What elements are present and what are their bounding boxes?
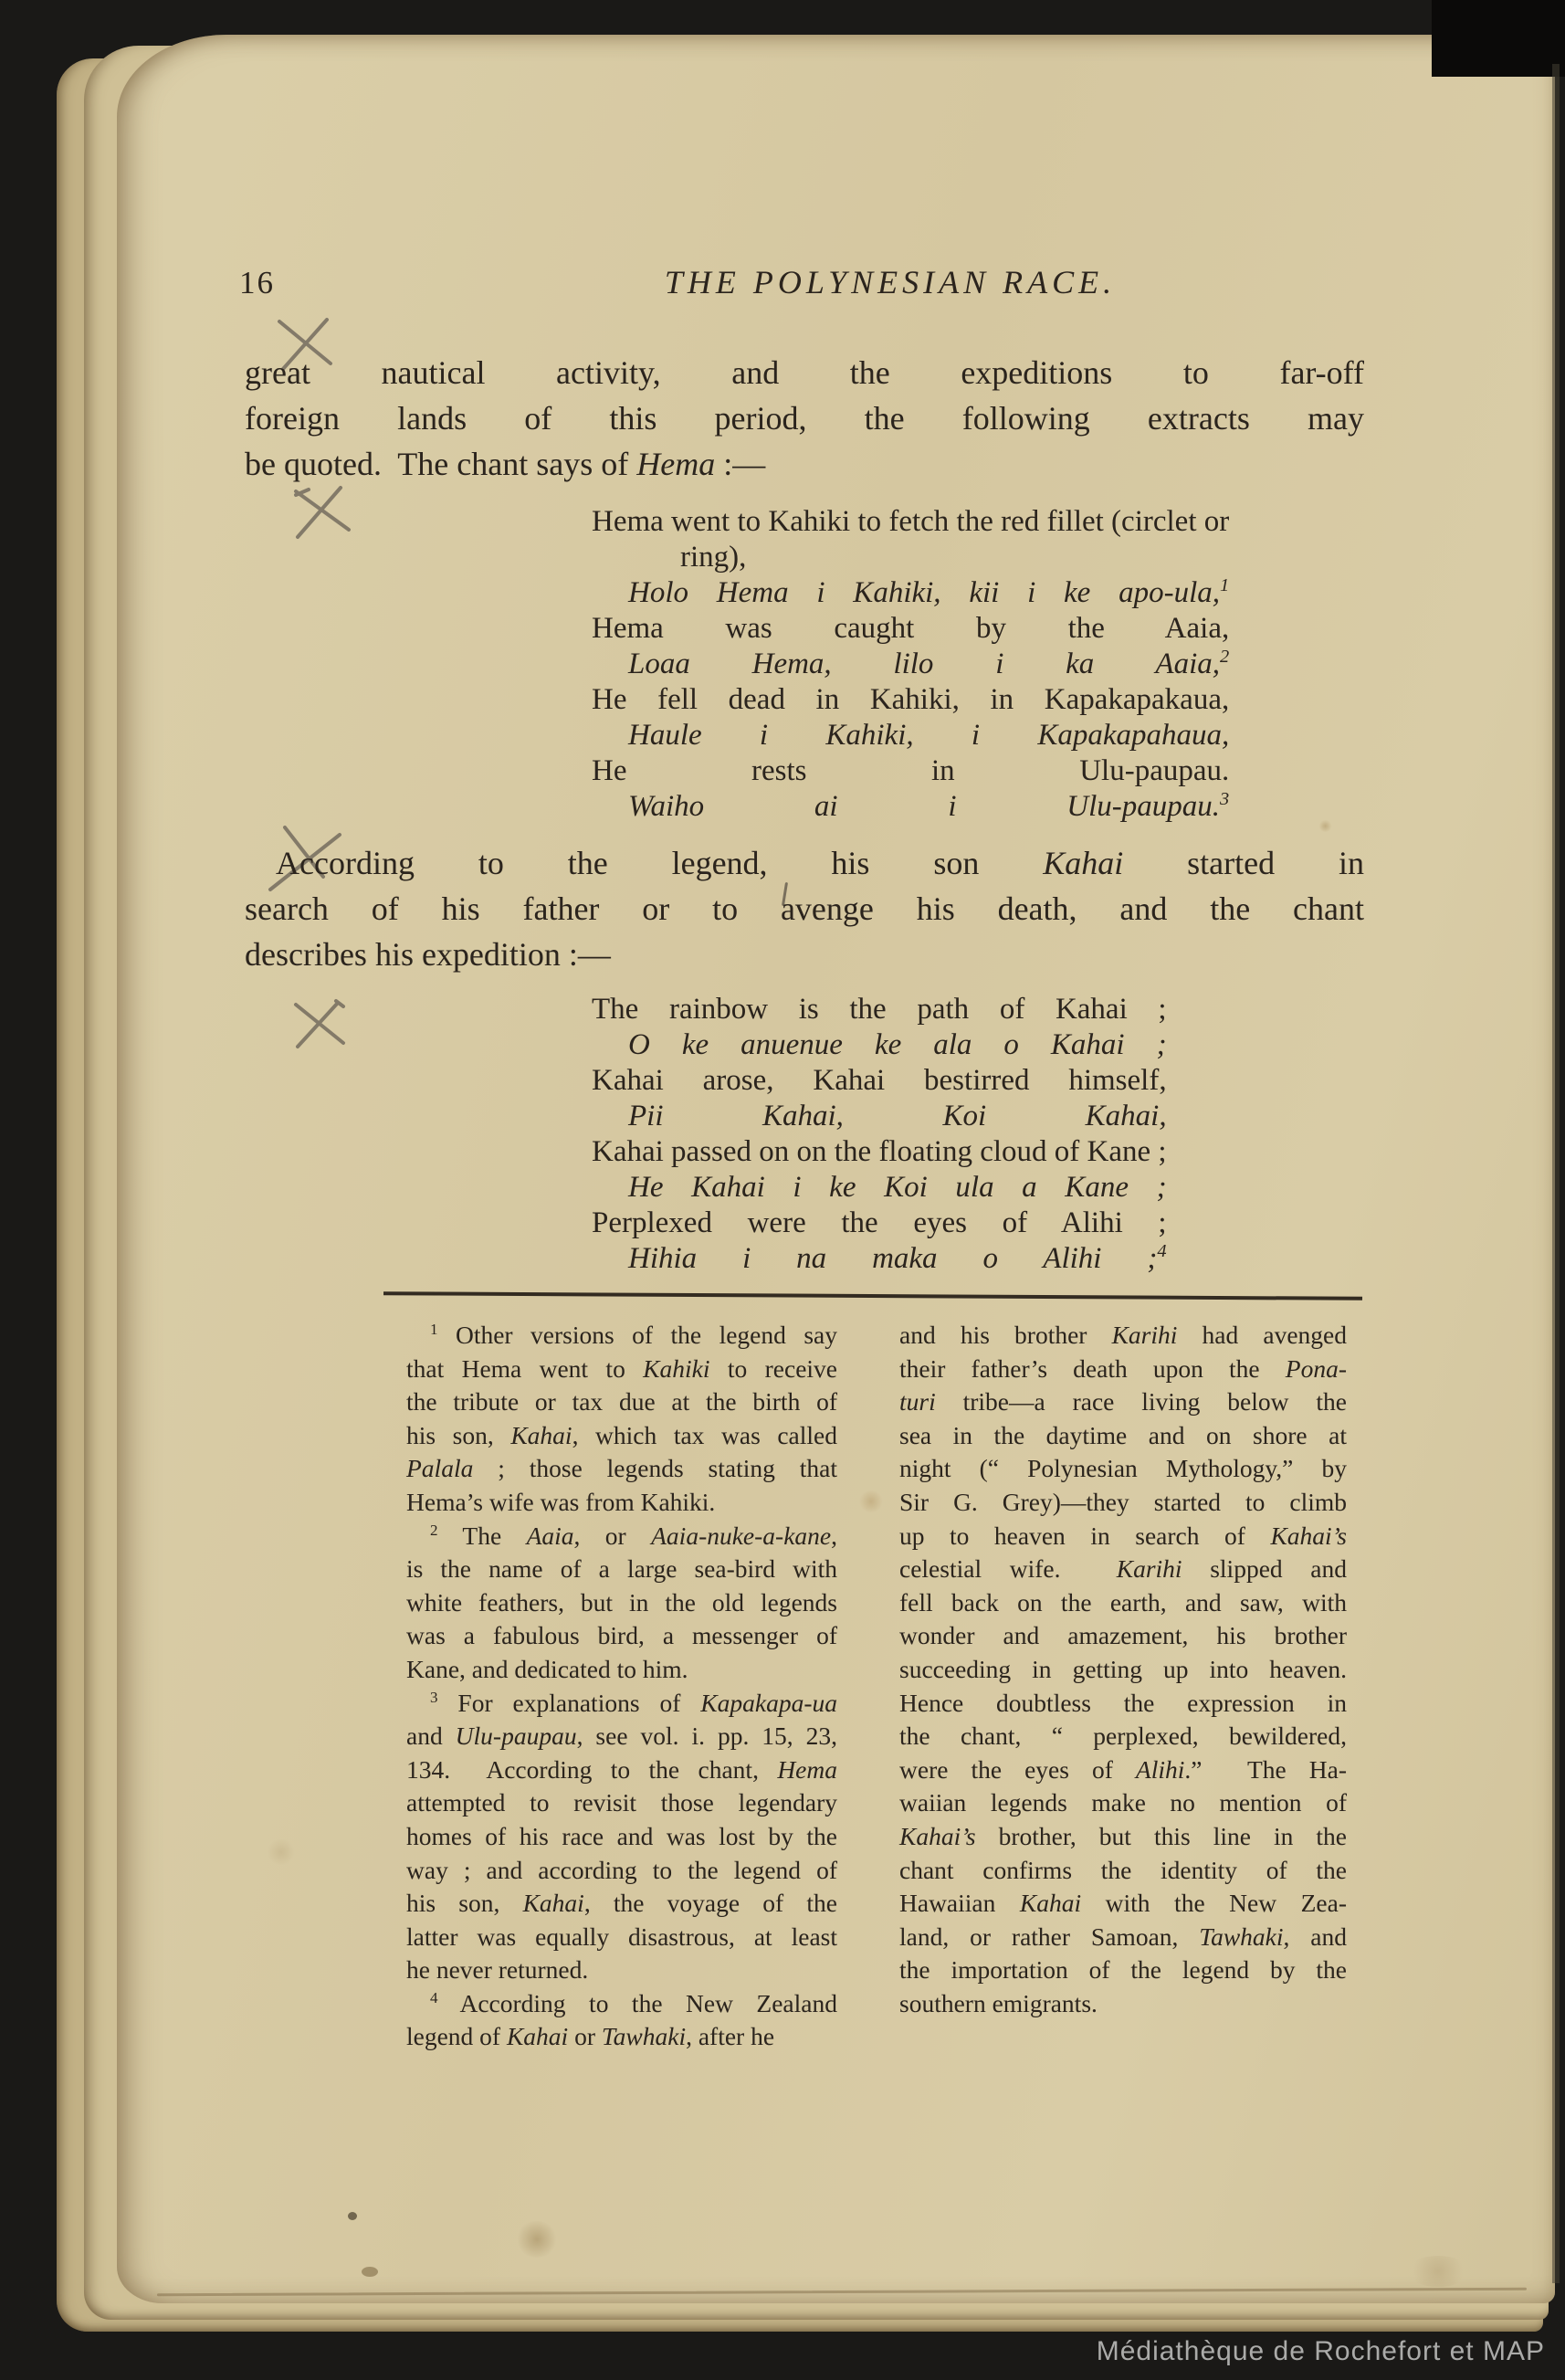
text-line: 1 Other versions of the legend say: [406, 1319, 837, 1353]
text-line: Kahai’s brother, but this line in the: [899, 1820, 1347, 1854]
text-line: were the eyes of Alihi.” The Ha-: [899, 1753, 1347, 1787]
text-line: celestial wife. Karihi slipped and: [899, 1553, 1347, 1586]
text-line: 134. According to the chant, Hema: [406, 1753, 837, 1787]
text-line: He rests in Ulu-paupau.: [592, 753, 1229, 789]
running-header: THE POLYNESIAN RACE.: [571, 263, 1210, 301]
text-line: land, or rather Samoan, Tawhaki, and: [899, 1921, 1347, 1954]
text-line: latter was equally disastrous, at least: [406, 1921, 837, 1954]
text-line: turi tribe—a race living below the: [899, 1385, 1347, 1419]
text-line: Holo Hema i Kahiki, kii i ke apo-ula,1: [628, 575, 1229, 611]
text-line: way ; and according to the legend of: [406, 1854, 837, 1888]
text-line: Pii Kahai, Koi Kahai,: [628, 1099, 1167, 1134]
chant-block-1: Hema went to Kahiki to fetch the red fil…: [592, 504, 1229, 825]
text-line: foreign lands of this period, the follow…: [245, 395, 1364, 441]
library-watermark: Médiathèque de Rochefort et MAP: [1097, 2336, 1545, 2367]
text-line: night (“ Polynesian Mythology,” by: [899, 1452, 1347, 1486]
text-line: Hence doubtless the expression in: [899, 1687, 1347, 1721]
text-line: 2 The Aaia, or Aaia-nuke-a-kane,: [406, 1520, 837, 1553]
stain: [362, 2267, 378, 2277]
text-line: Haule i Kahiki, i Kapakapahaua,: [628, 718, 1229, 753]
body-paragraph-1: great nautical activity, and the expedit…: [245, 350, 1364, 487]
text-line: waiian legends make no mention of: [899, 1786, 1347, 1820]
pencil-x-mark: [290, 997, 349, 1052]
text-line: 4 According to the New Zealand: [406, 1987, 837, 2021]
text-line: he never returned.: [406, 1953, 837, 1987]
text-line: search of his father or to avenge his de…: [245, 886, 1364, 932]
text-line: and his brother Karihi had avenged: [899, 1319, 1347, 1353]
text-line: was a fabulous bird, a messenger of: [406, 1619, 837, 1653]
text-line: sea in the daytime and on shore at: [899, 1419, 1347, 1453]
text-line: O ke anuenue ke ala o Kahai ;: [628, 1027, 1167, 1063]
text-line: is the name of a large sea-bird with: [406, 1553, 837, 1586]
text-line: the chant, “ perplexed, bewildered,: [899, 1720, 1347, 1753]
text-line: the tribute or tax due at the birth of: [406, 1385, 837, 1419]
text-line: Kahai arose, Kahai bestirred himself,: [592, 1063, 1167, 1099]
book-scan: 16 THE POLYNESIAN RACE. great nautical a…: [0, 0, 1565, 2380]
text-line: Sir G. Grey)—they started to climb: [899, 1486, 1347, 1520]
text-line: his son, Kahai, the voyage of the: [406, 1887, 837, 1921]
text-line: Hema went to Kahiki to fetch the red fil…: [592, 504, 1229, 540]
text-line: Perplexed were the eyes of Alihi ;: [592, 1206, 1167, 1241]
text-line: 3 For explanations of Kapakapa-ua: [406, 1687, 837, 1721]
scanner-frame-notch: [1432, 0, 1565, 77]
text-line: attempted to revisit those legendary: [406, 1786, 837, 1820]
text-line: Waiho ai i Ulu-paupau.3: [628, 789, 1229, 825]
footnotes-right-column: and his brother Karihi had avengedtheir …: [899, 1319, 1347, 2020]
text-line: According to the legend, his son Kahai s…: [245, 840, 1364, 886]
chant-block-2: The rainbow is the path of Kahai ;O ke a…: [592, 992, 1167, 1277]
text-line: white feathers, but in the old legends: [406, 1586, 837, 1620]
stain: [1318, 820, 1332, 832]
stain: [516, 2221, 558, 2258]
text-line: be quoted. The chant says of Hema :—: [245, 441, 1364, 487]
pencil-x-mark: [290, 484, 354, 541]
stain: [348, 2212, 357, 2220]
text-line: Hihia i na maka o Alihi ;4: [628, 1241, 1167, 1277]
text-line: their father’s death upon the Pona-: [899, 1353, 1347, 1386]
text-line: wonder and amazement, his brother: [899, 1619, 1347, 1653]
text-line: describes his expedition :—: [245, 932, 1364, 977]
text-line: Hawaiian Kahai with the New Zea-: [899, 1887, 1347, 1921]
text-line: southern emigrants.: [899, 1987, 1347, 2021]
text-line: The rainbow is the path of Kahai ;: [592, 992, 1167, 1027]
body-paragraph-2: According to the legend, his son Kahai s…: [245, 840, 1364, 977]
stain: [858, 1490, 884, 1512]
text-line: up to heaven in search of Kahai’s: [899, 1520, 1347, 1553]
text-line: ring),: [680, 540, 1229, 575]
stain: [1406, 2256, 1470, 2287]
text-line: succeeding in getting up into heaven.: [899, 1653, 1347, 1687]
text-line: Hema was caught by the Aaia,: [592, 611, 1229, 647]
text-line: homes of his race and was lost by the: [406, 1820, 837, 1854]
text-line: that Hema went to Kahiki to receive: [406, 1353, 837, 1386]
text-line: and Ulu-paupau, see vol. i. pp. 15, 23,: [406, 1720, 837, 1753]
text-line: legend of Kahai or Tawhaki, after he: [406, 2020, 837, 2054]
stain: [267, 1839, 296, 1865]
text-line: Kane, and dedicated to him.: [406, 1653, 837, 1687]
text-line: chant confirms the identity of the: [899, 1854, 1347, 1888]
text-line: his son, Kahai, which tax was called: [406, 1419, 837, 1453]
text-line: He fell dead in Kahiki, in Kapakapakaua,: [592, 682, 1229, 718]
text-line: fell back on the earth, and saw, with: [899, 1586, 1347, 1620]
footnotes-left-column: 1 Other versions of the legend saythat H…: [406, 1319, 837, 2054]
text-line: the importation of the legend by the: [899, 1953, 1347, 1987]
text-line: great nautical activity, and the expedit…: [245, 350, 1364, 395]
text-line: Loaa Hema, lilo i ka Aaia,2: [628, 647, 1229, 682]
text-line: Kahai passed on on the floating cloud of…: [592, 1134, 1167, 1170]
text-line: Hema’s wife was from Kahiki.: [406, 1486, 837, 1520]
text-line: Palala ; those legends stating that: [406, 1452, 837, 1486]
page-right-edge-shadow: [1552, 64, 1560, 2283]
text-line: He Kahai i ke Koi ula a Kane ;: [628, 1170, 1167, 1206]
page-number: 16: [239, 265, 275, 301]
